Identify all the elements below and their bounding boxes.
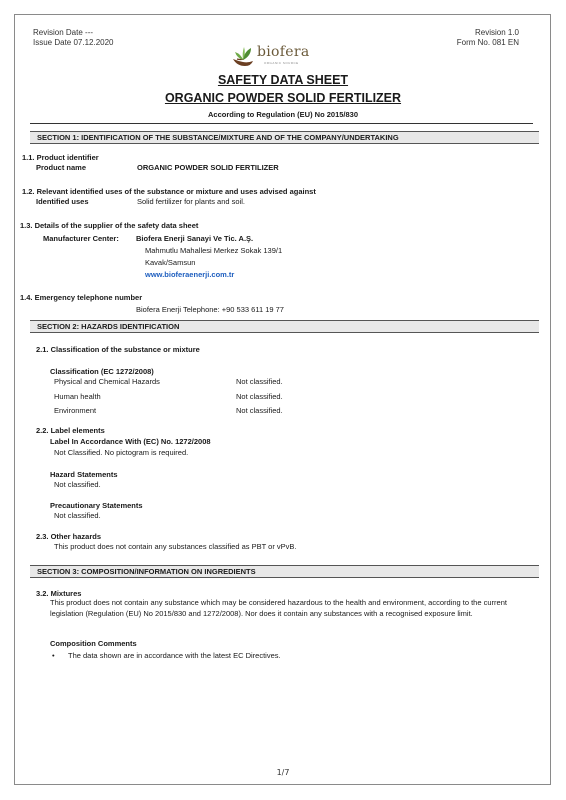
s2-1-title: 2.1. Classification of the substance or …: [36, 345, 200, 355]
hand-with-leaves-icon: [231, 44, 255, 68]
brand-tagline: ORGANIC SOURCE: [264, 61, 299, 65]
s1-2-title: 1.2. Relevant identified uses of the sub…: [22, 187, 316, 197]
revision-number: Revision 1.0: [475, 28, 519, 38]
classification-title: Classification (EC 1272/2008): [50, 367, 154, 377]
address-line-1: Mahmutlu Mahallesi Merkez Sokak 139/1: [145, 246, 282, 256]
classification-label-health: Human health: [54, 392, 101, 402]
form-number: Form No. 081 EN: [457, 38, 519, 48]
hazard-statements-title: Hazard Statements: [50, 470, 118, 480]
address-line-2: Kavak/Samsun: [145, 258, 195, 268]
precautionary-statements-title: Precautionary Statements: [50, 501, 143, 511]
brand-name: biofera: [257, 44, 309, 60]
section-3-heading: SECTION 3: COMPOSITION/INFORMATION ON IN…: [30, 565, 539, 578]
precautionary-statements-text: Not classified.: [54, 511, 101, 521]
classification-value-environment: Not classified.: [236, 406, 283, 416]
product-name-value: ORGANIC POWDER SOLID FERTILIZER: [137, 163, 279, 173]
product-name-label: Product name: [36, 163, 86, 173]
composition-comments-title: Composition Comments: [50, 639, 137, 649]
label-elements-title: Label In Accordance With (EC) No. 1272/2…: [50, 437, 211, 447]
section-2-heading: SECTION 2: HAZARDS IDENTIFICATION: [30, 320, 539, 333]
manufacturer-name: Biofera Enerji Sanayi Ve Tic. A.Ş.: [136, 234, 253, 244]
page-number: 1/7: [0, 768, 566, 777]
label-elements-text: Not Classified. No pictogram is required…: [54, 448, 188, 458]
company-logo: biofera ORGANIC SOURCE: [231, 44, 311, 68]
s2-2-title: 2.2. Label elements: [36, 426, 105, 436]
s1-4-title: 1.4. Emergency telephone number: [20, 293, 142, 303]
identified-uses-label: Identified uses: [36, 197, 89, 207]
other-hazards-text: This product does not contain any substa…: [54, 542, 297, 552]
identified-uses-value: Solid fertilizer for plants and soil.: [137, 197, 245, 207]
emergency-phone: Biofera Enerji Telephone: +90 533 611 19…: [136, 305, 284, 315]
hazard-statements-text: Not classified.: [54, 480, 101, 490]
issue-date: Issue Date 07.12.2020: [33, 38, 114, 48]
bullet-icon: •: [52, 651, 55, 661]
revision-date: Revision Date ---: [33, 28, 93, 38]
document-title: SAFETY DATA SHEET: [0, 73, 566, 87]
composition-comment-item: The data shown are in accordance with th…: [68, 651, 281, 661]
classification-label-environment: Environment: [54, 406, 96, 416]
mixtures-text: This product does not contain any substa…: [50, 597, 520, 619]
title-divider: [30, 123, 533, 124]
regulation-subtitle: According to Regulation (EU) No 2015/830: [0, 110, 566, 119]
website-link[interactable]: www.bioferaenerji.com.tr: [145, 270, 234, 280]
section-1-heading: SECTION 1: IDENTIFICATION OF THE SUBSTAN…: [30, 131, 539, 144]
s1-1-title: 1.1. Product identifier: [22, 153, 99, 163]
classification-value-physical: Not classified.: [236, 377, 283, 387]
s2-3-title: 2.3. Other hazards: [36, 532, 101, 542]
classification-label-physical: Physical and Chemical Hazards: [54, 377, 160, 387]
classification-value-health: Not classified.: [236, 392, 283, 402]
product-title: ORGANIC POWDER SOLID FERTILIZER: [0, 91, 566, 105]
manufacturer-label: Manufacturer Center:: [43, 234, 119, 244]
s1-3-title: 1.3. Details of the supplier of the safe…: [20, 221, 198, 231]
